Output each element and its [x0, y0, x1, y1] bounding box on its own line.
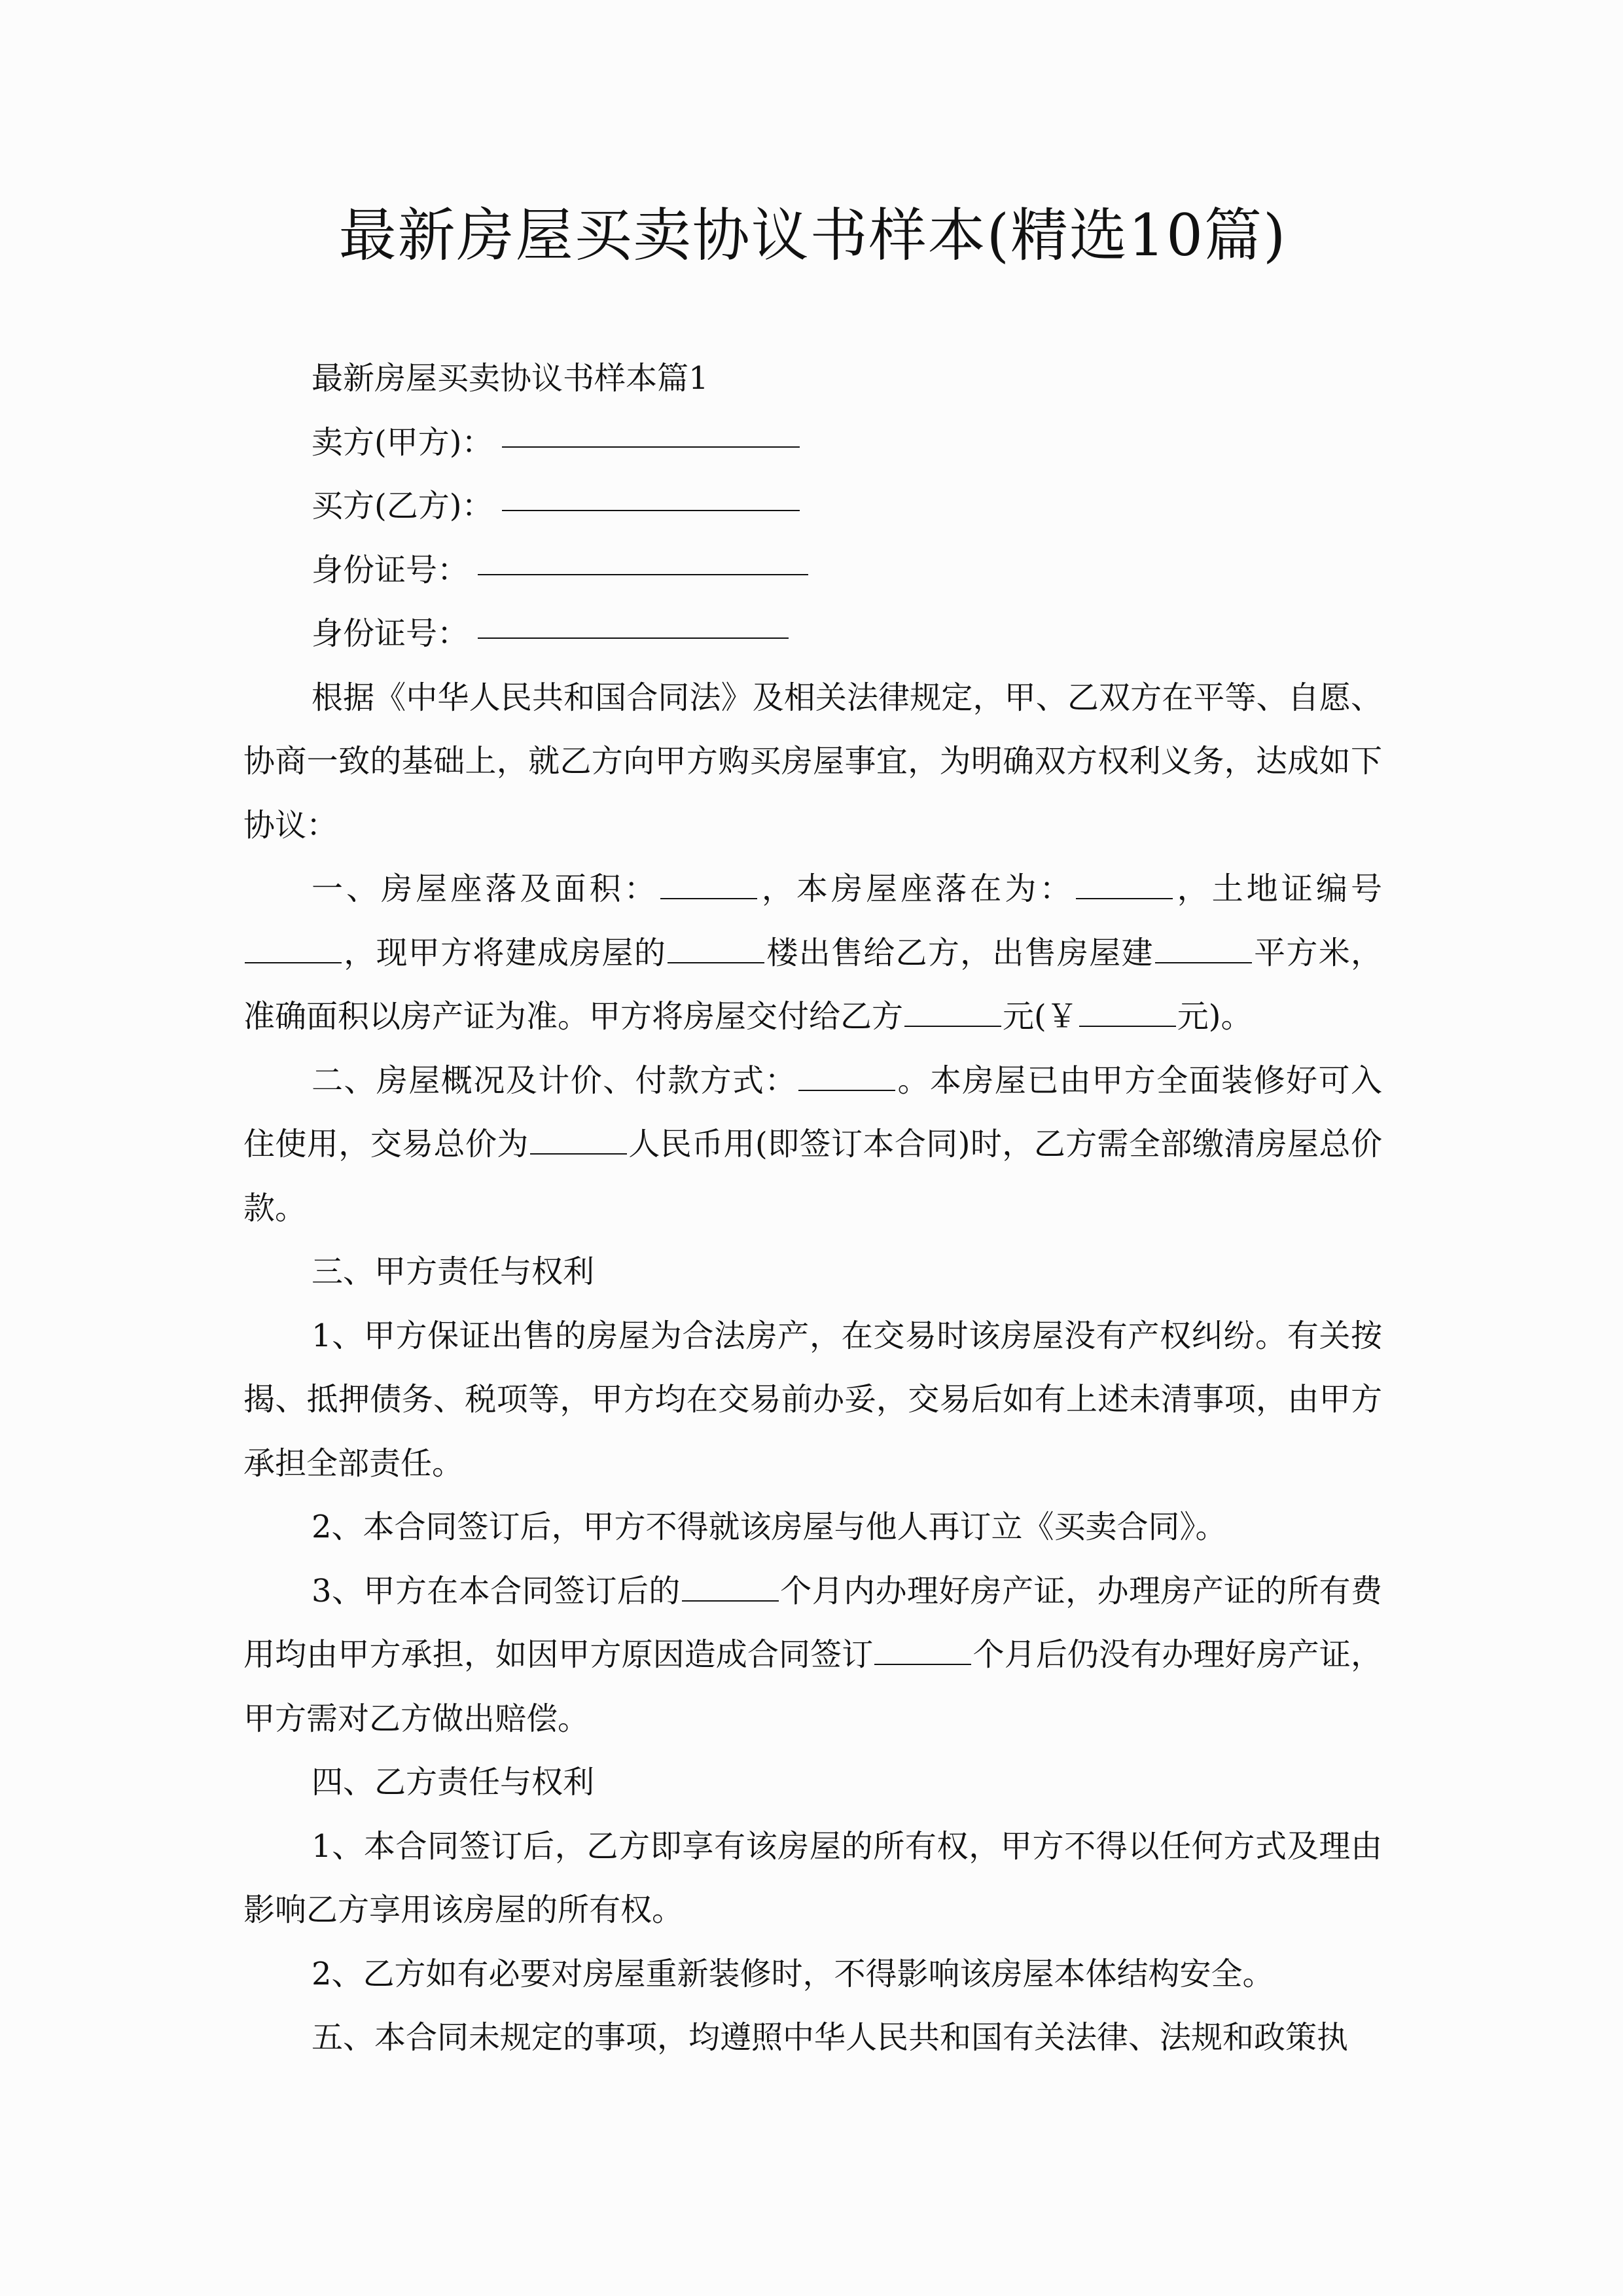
field-label: 卖方(甲方)： — [312, 411, 493, 475]
fill-in-blank[interactable] — [1155, 961, 1252, 963]
paragraph-text: 元)。 — [1177, 998, 1253, 1035]
fill-in-blank[interactable] — [904, 1025, 1001, 1027]
section-heading: 最新房屋买卖协议书样本篇1 — [312, 347, 709, 411]
field-blank-line[interactable] — [502, 446, 800, 448]
contract-paragraph: 二、房屋概况及计价、付款方式：。本房屋已由甲方全面装修好可入住使用，交易总价为人… — [243, 1049, 1382, 1241]
paragraph-text: 元(￥ — [1003, 998, 1078, 1035]
paragraph-text: 3、甲方在本合同签订后的 — [312, 1573, 681, 1609]
paragraph-text: ，现甲方将建成房屋的 — [343, 935, 666, 971]
contract-paragraph: 2、乙方如有必要对房屋重新装修时，不得影响该房屋本体结构安全。 — [243, 1943, 1382, 2007]
document-title: 最新房屋买卖协议书样本(精选10篇) — [243, 196, 1382, 275]
field-blank-line[interactable] — [478, 637, 789, 639]
contract-paragraph: 1、本合同签订后，乙方即享有该房屋的所有权，甲方不得以任何方式及理由影响乙方享用… — [243, 1815, 1382, 1943]
fill-in-blank[interactable] — [1076, 897, 1173, 899]
paragraph-text: 四、乙方责任与权利 — [312, 1764, 594, 1801]
paragraph-text: 三、甲方责任与权利 — [312, 1253, 594, 1290]
section-heading-row: 最新房屋买卖协议书样本篇1 — [243, 347, 1382, 411]
paragraph-text: 2、乙方如有必要对房屋重新装修时，不得影响该房屋本体结构安全。 — [312, 1956, 1274, 1992]
contract-paragraph: 根据《中华人民共和国合同法》及相关法律规定，甲、乙双方在平等、自愿、协商一致的基… — [243, 666, 1382, 858]
contract-paragraphs: 根据《中华人民共和国合同法》及相关法律规定，甲、乙双方在平等、自愿、协商一致的基… — [243, 666, 1382, 2070]
paragraph-text: 根据《中华人民共和国合同法》及相关法律规定，甲、乙双方在平等、自愿、协商一致的基… — [243, 679, 1382, 844]
field-label: 身份证号： — [312, 539, 469, 603]
contract-paragraph: 五、本合同未规定的事项，均遵照中华人民共和国有关法律、法规和政策执 — [243, 2006, 1382, 2070]
fill-in-blank[interactable] — [798, 1089, 895, 1091]
contract-paragraph: 一、房屋座落及面积：，本房屋座落在为：，土地证编号，现甲方将建成房屋的楼出售给乙… — [243, 857, 1382, 1049]
paragraph-text: 一、房屋座落及面积： — [312, 870, 659, 907]
fill-in-blank[interactable] — [530, 1153, 627, 1155]
document-body: 最新房屋买卖协议书样本篇1 卖方(甲方)：买方(乙方)：身份证号：身份证号： 根… — [243, 347, 1382, 2070]
paragraph-text: 1、甲方保证出售的房屋为合法房产，在交易时该房屋没有产权纠纷。有关按揭、抵押债务… — [243, 1318, 1382, 1482]
fill-in-blank[interactable] — [1079, 1025, 1176, 1027]
field-blank-line[interactable] — [502, 509, 800, 511]
field-row: 身份证号： — [243, 602, 1382, 666]
contract-paragraph: 3、甲方在本合同签订后的个月内办理好房产证，办理房产证的所有费用均由甲方承担，如… — [243, 1560, 1382, 1751]
paragraph-text: 楼出售给乙方，出售房屋建 — [766, 935, 1154, 971]
fill-in-blank[interactable] — [660, 897, 757, 899]
field-row: 身份证号： — [243, 539, 1382, 603]
contract-paragraph: 1、甲方保证出售的房屋为合法房产，在交易时该房屋没有产权纠纷。有关按揭、抵押债务… — [243, 1304, 1382, 1496]
fill-in-blank[interactable] — [668, 961, 764, 963]
paragraph-text: ，土地证编号 — [1174, 870, 1382, 907]
field-blank-line[interactable] — [478, 573, 808, 575]
paragraph-text: 五、本合同未规定的事项，均遵照中华人民共和国有关法律、法规和政策执 — [312, 2019, 1348, 2056]
field-row: 买方(乙方)： — [243, 475, 1382, 539]
contract-paragraph: 2、本合同签订后，甲方不得就该房屋与他人再订立《买卖合同》。 — [243, 1496, 1382, 1560]
paragraph-text: ，本房屋座落在为： — [758, 870, 1075, 907]
fill-in-blank[interactable] — [245, 961, 342, 963]
paragraph-text: 2、本合同签订后，甲方不得就该房屋与他人再订立《买卖合同》。 — [312, 1509, 1227, 1545]
fill-in-blank[interactable] — [682, 1600, 779, 1602]
field-label: 身份证号： — [312, 602, 469, 666]
paragraph-text: 1、本合同签订后，乙方即享有该房屋的所有权，甲方不得以任何方式及理由影响乙方享用… — [243, 1828, 1382, 1929]
paragraph-text: 二、房屋概况及计价、付款方式： — [312, 1062, 797, 1099]
contract-paragraph: 四、乙方责任与权利 — [243, 1751, 1382, 1815]
party-fields: 卖方(甲方)：买方(乙方)：身份证号：身份证号： — [243, 411, 1382, 666]
contract-paragraph: 三、甲方责任与权利 — [243, 1240, 1382, 1304]
fill-in-blank[interactable] — [874, 1663, 971, 1665]
field-row: 卖方(甲方)： — [243, 411, 1382, 475]
field-label: 买方(乙方)： — [312, 475, 493, 539]
